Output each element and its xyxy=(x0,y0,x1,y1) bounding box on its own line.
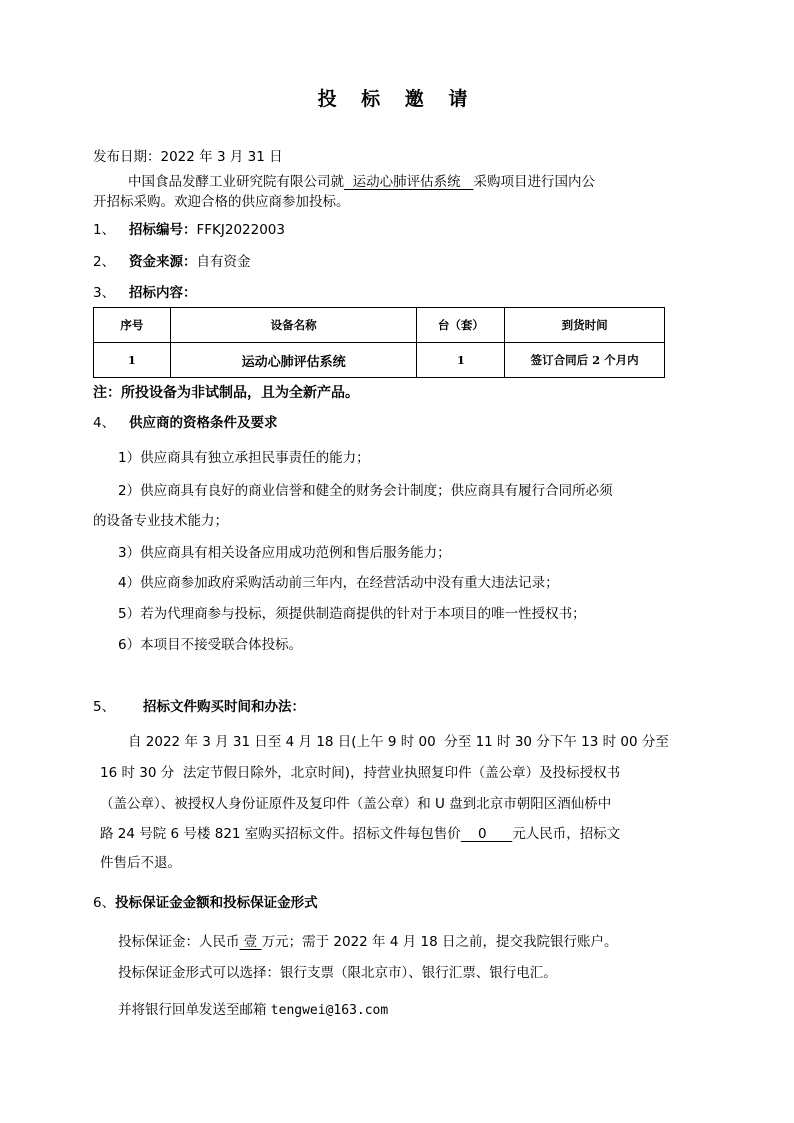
contact-email: tengwei@163.com xyxy=(271,1003,388,1018)
header-equipment-name: 设备名称 xyxy=(170,308,417,343)
table-row: 1 运动心肺评估系统 1 签订合同后 2 个月内 xyxy=(94,343,665,378)
bid-items-table: 序号 设备名称 台（套） 到货时间 1 运动心肺评估系统 1 签订合同后 2 个… xyxy=(93,307,665,378)
purchase-line-1: 自 2022 年 3 月 31 日至 4 月 18 日(上午 9 时 00 分至… xyxy=(128,732,669,752)
section-1: 1、招标编号：FFKJ2022003 xyxy=(93,220,285,240)
purchase-line-5: 件售后不退。 xyxy=(100,853,181,873)
section-label: 资金来源： xyxy=(129,254,197,270)
section-label: 招标文件购买时间和办法： xyxy=(143,699,305,715)
deposit-prefix: 投标保证金：人民币 xyxy=(118,934,240,950)
publish-date-line: 发布日期：2022 年 3 月 31 日 xyxy=(93,147,283,167)
qualification-item: 1）供应商具有独立承担民事责任的能力； xyxy=(118,448,370,468)
deposit-amount: 壹 xyxy=(240,934,262,950)
section-number: 4、 xyxy=(93,413,129,433)
section-number: 3、 xyxy=(93,283,129,303)
qualification-item: 4）供应商参加政府采购活动前三年内，在经营活动中没有重大违法记录； xyxy=(118,573,559,593)
section-4: 4、供应商的资格条件及要求 xyxy=(93,413,278,433)
qualification-item: 6）本项目不接受联合体投标。 xyxy=(118,635,302,655)
section-number: 5、 xyxy=(93,697,143,717)
purchase-line-3: （盖公章）、被授权人身份证原件及复印件（盖公章）和 U 盘到北京市朝阳区酒仙桥中 xyxy=(100,794,611,814)
deposit-line-1: 投标保证金：人民币 壹 万元；需于 2022 年 4 月 18 日之前，提交我院… xyxy=(118,932,617,952)
qualification-item: 3）供应商具有相关设备应用成功范例和售后服务能力； xyxy=(118,543,451,563)
publish-date: 2022 年 3 月 31 日 xyxy=(161,149,283,165)
section-label: 供应商的资格条件及要求 xyxy=(129,415,278,431)
funding-source: 自有资金 xyxy=(197,254,251,270)
section-2: 2、资金来源：自有资金 xyxy=(93,252,251,272)
cell-seq: 1 xyxy=(94,343,171,378)
qualification-item: 5）若为代理商参与投标，须提供制造商提供的针对于本项目的唯一性授权书； xyxy=(118,604,586,624)
purchase-line-4-prefix: 路 24 号院 6 号楼 821 室购买招标文件。招标文件每包售价 xyxy=(100,826,461,842)
bid-number: FFKJ2022003 xyxy=(197,222,286,238)
cell-quantity: 1 xyxy=(417,343,505,378)
document-price: 0 xyxy=(461,826,513,842)
intro-suffix: 采购项目进行国内公 xyxy=(473,174,595,190)
header-seq: 序号 xyxy=(94,308,171,343)
section-number: 6、 xyxy=(93,895,115,911)
publish-date-label: 发布日期： xyxy=(93,149,161,165)
section-5: 5、招标文件购买时间和办法： xyxy=(93,697,305,717)
purchase-line-4-suffix: 元人民币，招标文 xyxy=(512,826,620,842)
cell-delivery-time: 签订合同后 2 个月内 xyxy=(505,343,665,378)
intro-line-2: 开招标采购。欢迎合格的供应商参加投标。 xyxy=(93,192,350,212)
deposit-suffix: 万元；需于 2022 年 4 月 18 日之前，提交我院银行账户。 xyxy=(262,934,618,950)
section-number: 1、 xyxy=(93,220,129,240)
table-note: 注：所投设备为非试制品，且为全新产品。 xyxy=(93,383,359,403)
section-number: 2、 xyxy=(93,252,129,272)
section-label: 投标保证金金额和投标保证金形式 xyxy=(115,895,318,911)
header-delivery-time: 到货时间 xyxy=(505,308,665,343)
section-label: 招标编号： xyxy=(129,222,197,238)
qualification-item-cont: 的设备专业技术能力； xyxy=(93,511,228,531)
purchase-line-4: 路 24 号院 6 号楼 821 室购买招标文件。招标文件每包售价 0 元人民币… xyxy=(100,824,620,844)
header-quantity: 台（套） xyxy=(417,308,505,343)
document-title: 投 标 邀 请 xyxy=(0,84,794,111)
deposit-line-2: 投标保证金形式可以选择：银行支票（限北京市）、银行汇票、银行电汇。 xyxy=(118,963,557,983)
intro-prefix: 中国食品发酵工业研究院有限公司就 xyxy=(128,174,344,190)
cell-equipment-name: 运动心肺评估系统 xyxy=(170,343,417,378)
section-label: 招标内容： xyxy=(129,285,197,301)
purchase-line-2: 16 时 30 分 法定节假日除外，北京时间)，持营业执照复印件（盖公章）及投标… xyxy=(100,763,620,783)
deposit-line-3: 并将银行回单发送至邮箱 tengwei@163.com xyxy=(118,1000,388,1021)
section-3: 3、招标内容： xyxy=(93,283,197,303)
deposit-email-prefix: 并将银行回单发送至邮箱 xyxy=(118,1002,271,1018)
qualification-item: 2）供应商具有良好的商业信誉和健全的财务会计制度；供应商具有履行合同所必须 xyxy=(118,481,613,501)
intro-line-1: 中国食品发酵工业研究院有限公司就 运动心肺评估系统 采购项目进行国内公 xyxy=(128,172,595,192)
project-name: 运动心肺评估系统 xyxy=(344,174,473,190)
table-header-row: 序号 设备名称 台（套） 到货时间 xyxy=(94,308,665,343)
section-6: 6、投标保证金金额和投标保证金形式 xyxy=(93,893,318,913)
